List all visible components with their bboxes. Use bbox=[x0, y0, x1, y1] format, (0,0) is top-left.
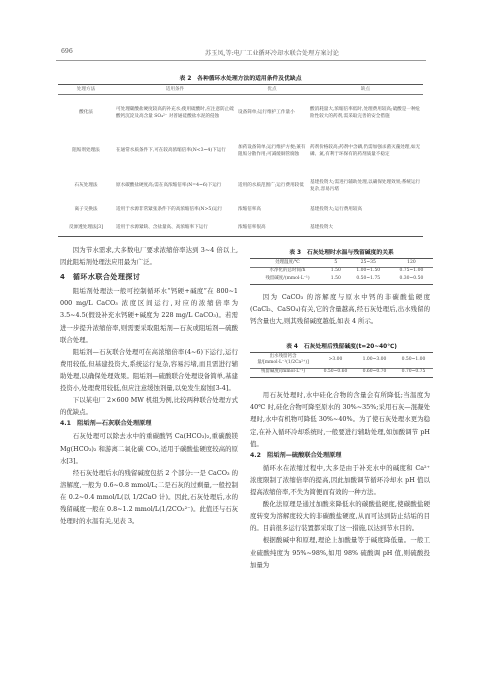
table-row: 石灰处理法 原水碳酸盐硬度高;需在高浓缩倍率(N=4~6)下运行 适用的水质范围… bbox=[58, 171, 423, 201]
method-cell: 离子交换法 bbox=[58, 201, 114, 219]
table-cell: 1.00~3.00 bbox=[355, 353, 394, 369]
paragraph: 阻垢剂处理法一般可控制循环水“钙硬+碱度”在 800~1 000 mg/L Ca… bbox=[60, 285, 238, 345]
table-cell: 0.50~1.75 bbox=[347, 276, 390, 284]
advantages-cell: 设备简单;运行维护工作量小 bbox=[236, 95, 308, 131]
table2-header-cell: 适用条件 bbox=[114, 85, 236, 95]
disadvantages-cell: 药剂价格较高;药剂中含磷,仍需加强杀菌灭藻处理,如无磷、氮,有利于环保有的药剂质… bbox=[308, 131, 423, 171]
table2-header-cell: 缺点 bbox=[308, 85, 423, 95]
header-rule bbox=[56, 60, 426, 61]
table-cell: >3.00 bbox=[316, 353, 355, 369]
conditions-cell: 可处理碳酸盐硬度较高的补充水;使用硫酸时,应注意防止硫酸钙沉淀及高含量 SO₄²… bbox=[114, 95, 236, 131]
table-cell: 1.50 bbox=[325, 267, 347, 275]
subsection-heading: 4.2 阻垢剂—硫酸联合处理原理 bbox=[250, 450, 430, 462]
table3-caption: 表 3 石灰处理时水温与残留碱度的关系 bbox=[250, 247, 433, 256]
table3-header-cell: 5 bbox=[325, 259, 347, 268]
disadvantages-cell: 基建投资大;需进行辅助处理,以确保处理效果;系统运行复杂,容易污堵 bbox=[308, 171, 423, 201]
table4: 出水残留钙含量/[mmol·L⁻¹(1/2Ca²⁺)] >3.00 1.00~3… bbox=[250, 352, 433, 378]
disadvantages-cell: 基建投资大 bbox=[308, 219, 423, 237]
method-cell: 反渗透处理法[3] bbox=[58, 219, 114, 237]
table-row: 反渗透处理法[3] 适用于水源紧缺、含盐量高、高浓缩率下运行 浓缩倍率很高 基建… bbox=[58, 219, 423, 237]
table3-header-cell: 处理温度/℃ bbox=[250, 259, 325, 268]
table2-caption: 表 2 各种循环水处理方法的适用条件及优缺点 bbox=[58, 73, 423, 82]
paragraph: 酸化法原理是通过加酸来降低水的碳酸盐硬度,使碳酸盐硬度转变为溶解度较大的非碳酸盐… bbox=[250, 498, 430, 534]
conditions-cell: 在通常水质条件下,可在较高浓缩倍率(N<3~4)下运行 bbox=[114, 131, 236, 171]
paragraph: 经石灰处理后水的残留碱度包括 2 个部分:一是 CaCO₃ 的溶解度,一般为 0… bbox=[60, 467, 238, 527]
paragraph: 根据酸碱中和原理,理论上加酸量等于碱度降低量。一般工业硫酸纯度为 95%~98%… bbox=[250, 534, 430, 570]
table-cell: 1.00~1.50 bbox=[347, 267, 390, 275]
table2-header-cell: 处理方法 bbox=[58, 85, 114, 95]
method-cell: 石灰处理法 bbox=[58, 171, 114, 201]
table-row: 残留碱度/(mmol·L⁻¹) 1.50 0.50~1.75 0.30~0.50 bbox=[250, 276, 433, 284]
right-column: 因为 CaCO₃ 的溶解度与原水中钙的非碳酸盐硬度(CaCl₂、CaSO₄)有关… bbox=[250, 291, 430, 571]
table-cell: 0.75~1.00 bbox=[390, 267, 433, 275]
disadvantages-cell: 基建投资大;运行费用较高 bbox=[308, 201, 423, 219]
table2: 处理方法 适用条件 优点 缺点 酸化法 可处理碳酸盐硬度较高的补充水;使用硫酸时… bbox=[58, 84, 423, 237]
page-number: 696 bbox=[61, 48, 73, 55]
paragraph: 因为 CaCO₃ 的溶解度与原水中钙的非碳酸盐硬度(CaCl₂、CaSO₄)有关… bbox=[250, 291, 430, 327]
running-title: 苏玉凤,等:电厂工业循环冷却水联合处理方案讨论 bbox=[162, 48, 382, 57]
paragraph: 阻垢剂—石灰联合处理可在高浓缩倍率(4~6)下运行,运行费用较低,但基建投资大,… bbox=[60, 346, 238, 394]
conditions-cell: 原水碳酸盐硬度高;需在高浓缩倍率(N=4~6)下运行 bbox=[114, 171, 236, 201]
table-cell: 0.50~0.60 bbox=[316, 368, 355, 377]
subsection-heading: 4.1 阻垢剂—石灰联合处理原理 bbox=[60, 418, 238, 430]
table-cell: 0.50~1.00 bbox=[394, 353, 433, 369]
table-cell: 残留碱度/(mmol·L⁻¹) bbox=[250, 276, 325, 284]
table-cell: 0.60~0.70 bbox=[355, 368, 394, 377]
advantages-cell: 加药设备简单;运行维护方便;兼有阻垢分散作用;可减缓铜管腐蚀 bbox=[236, 131, 308, 171]
paragraph: 石灰处理可以除去水中的重碳酸钙 Ca(HCO₃)₂,重碳酸镁 Mg(HCO₃)₂… bbox=[60, 430, 238, 466]
page-header: 696 苏玉凤,等:电厂工业循环冷却水联合处理方案讨论 bbox=[56, 46, 426, 60]
conditions-cell: 适用于水源紧缺、含盐量高、高浓缩率下运行 bbox=[114, 219, 236, 237]
table3: 处理温度/℃ 5 25~35 120 水净化的总时间/h 1.50 1.00~1… bbox=[250, 258, 433, 285]
paragraph: 下以某电厂 2×600 MW 机组为例,比较两种联合处理方式的优缺点。 bbox=[60, 394, 238, 418]
paragraph: 循环水在浓缩过程中,大多是由于补充水中的碱度和 Ca²⁺ 浓度限制了浓缩倍率的提… bbox=[250, 462, 430, 498]
table-cell: 1.50 bbox=[325, 276, 347, 284]
table-cell: 出水残留钙含量/[mmol·L⁻¹(1/2Ca²⁺)] bbox=[250, 353, 316, 369]
table3-header-cell: 25~35 bbox=[347, 259, 390, 268]
table3-header-cell: 120 bbox=[390, 259, 433, 268]
table-cell: 0.70~0.75 bbox=[394, 368, 433, 377]
paragraph: 用石灰处理时,水中硅化合物的含量会有所降低;当温度为 40℃ 时,硅化合物可降至… bbox=[250, 389, 430, 449]
disadvantages-cell: 酸消耗量大,浓缩倍率低时,处理费用较高;硫酸是一种危险性较大的药剂,需采取完善的… bbox=[308, 95, 423, 131]
table2-header-cell: 优点 bbox=[236, 85, 308, 95]
table-row: 离子交换法 适用于水源非常紧张条件下的高浓缩倍率(N>5)运行 浓缩倍率高 基建… bbox=[58, 201, 423, 219]
advantages-cell: 浓缩倍率很高 bbox=[236, 219, 308, 237]
table-cell: 0.30~0.50 bbox=[390, 276, 433, 284]
advantages-cell: 适用的水质范围广;运行费用较低 bbox=[236, 171, 308, 201]
conditions-cell: 适用于水源非常紧张条件下的高浓缩倍率(N>5)运行 bbox=[114, 201, 236, 219]
table-row: 酸化法 可处理碳酸盐硬度较高的补充水;使用硫酸时,应注意防止硫酸钙沉淀及高含量 … bbox=[58, 95, 423, 131]
table-row: 水净化的总时间/h 1.50 1.00~1.50 0.75~1.00 bbox=[250, 267, 433, 275]
advantages-cell: 浓缩倍率高 bbox=[236, 201, 308, 219]
table-row: 阻垢剂处理法 在通常水质条件下,可在较高浓缩倍率(N<3~4)下运行 加药设备简… bbox=[58, 131, 423, 171]
left-column: 因为节水需求,大多数电厂要求浓缩倍率达到 3~4 倍以上,因此阻垢剂处理法应用最… bbox=[60, 244, 238, 527]
method-cell: 酸化法 bbox=[58, 95, 114, 131]
table-row: 出水残留钙含量/[mmol·L⁻¹(1/2Ca²⁺)] >3.00 1.00~3… bbox=[250, 353, 433, 369]
table3-header-row: 处理温度/℃ 5 25~35 120 bbox=[250, 259, 433, 268]
table2-header-row: 处理方法 适用条件 优点 缺点 bbox=[58, 85, 423, 95]
table-cell: 残留碱度/(mmol·L⁻¹) bbox=[250, 368, 316, 377]
section-heading: 4 循环水联合处理探讨 bbox=[60, 271, 238, 283]
method-cell: 阻垢剂处理法 bbox=[58, 131, 114, 171]
journal-page: 696 苏玉凤,等:电厂工业循环冷却水联合处理方案讨论 表 2 各种循环水处理方… bbox=[0, 0, 480, 679]
table4-caption: 表 4 石灰处理后残留碱度(t=20~40℃) bbox=[250, 341, 433, 350]
table-row: 残留碱度/(mmol·L⁻¹) 0.50~0.60 0.60~0.70 0.70… bbox=[250, 368, 433, 377]
table-cell: 水净化的总时间/h bbox=[250, 267, 325, 275]
paragraph: 因为节水需求,大多数电厂要求浓缩倍率达到 3~4 倍以上,因此阻垢剂处理法应用最… bbox=[60, 244, 238, 268]
